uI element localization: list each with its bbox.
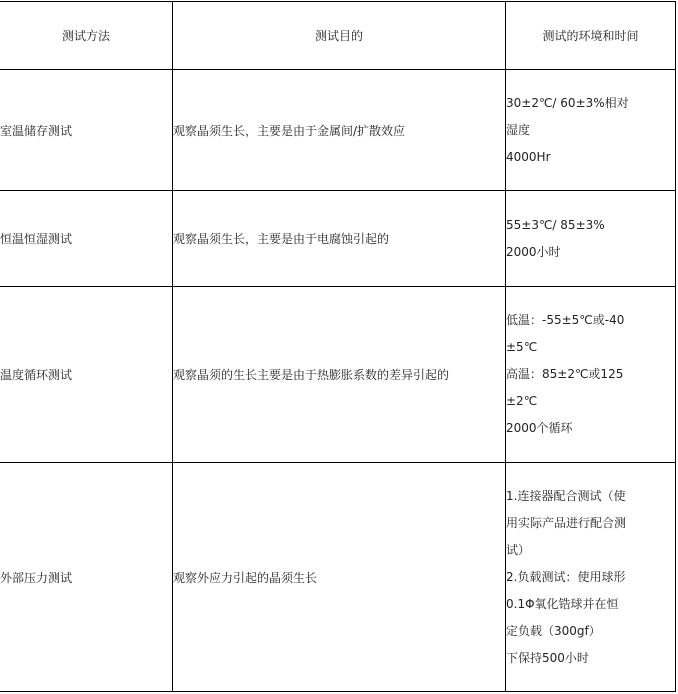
cell-method: 室温储存测试 <box>0 70 173 191</box>
table-row: 温度循环测试 观察晶须的生长主要是由于热膨胀系数的差异引起的 低温：-55±5℃… <box>0 287 676 463</box>
env-line: ±2℃ <box>506 388 675 415</box>
header-test-environment: 测试的环境和时间 <box>506 2 676 70</box>
env-line: 2000小时 <box>506 239 675 266</box>
env-line: 4000Hr <box>506 144 675 171</box>
table-header-row: 测试方法 测试目的 测试的环境和时间 <box>0 2 676 70</box>
table-row: 外部压力测试 观察外应力引起的晶须生长 1.连接器配合测试（使 用实际产品进行配… <box>0 463 676 692</box>
env-line: 2000个循环 <box>506 415 675 442</box>
env-line: 55±3℃/ 85±3% <box>506 212 675 239</box>
env-line: ±5℃ <box>506 334 675 361</box>
env-line: 试） <box>506 537 675 564</box>
env-line: 下保持500小时 <box>506 645 675 672</box>
cell-method: 外部压力测试 <box>0 463 173 692</box>
env-line: 低温：-55±5℃或-40 <box>506 307 675 334</box>
env-line: 定负载（300gf） <box>506 618 675 645</box>
cell-environment: 1.连接器配合测试（使 用实际产品进行配合测 试） 2.负载测试：使用球形 0.… <box>506 463 676 692</box>
cell-method: 温度循环测试 <box>0 287 173 463</box>
cell-environment: 30±2℃/ 60±3%相对 湿度 4000Hr <box>506 70 676 191</box>
header-test-method: 测试方法 <box>0 2 173 70</box>
cell-purpose: 观察晶须生长，主要是由于电腐蚀引起的 <box>173 191 506 287</box>
cell-method: 恒温恒湿测试 <box>0 191 173 287</box>
env-line: 30±2℃/ 60±3%相对 <box>506 90 675 117</box>
cell-purpose: 观察外应力引起的晶须生长 <box>173 463 506 692</box>
header-test-purpose: 测试目的 <box>173 2 506 70</box>
env-line: 1.连接器配合测试（使 <box>506 483 675 510</box>
table-row: 恒温恒湿测试 观察晶须生长，主要是由于电腐蚀引起的 55±3℃/ 85±3% 2… <box>0 191 676 287</box>
env-line: 高温：85±2℃或125 <box>506 361 675 388</box>
env-line: 用实际产品进行配合测 <box>506 510 675 537</box>
table-row: 室温储存测试 观察晶须生长，主要是由于金属间/扩散效应 30±2℃/ 60±3%… <box>0 70 676 191</box>
env-line: 2.负载测试：使用球形 <box>506 564 675 591</box>
whisker-test-table: 测试方法 测试目的 测试的环境和时间 室温储存测试 观察晶须生长，主要是由于金属… <box>0 1 676 692</box>
cell-environment: 55±3℃/ 85±3% 2000小时 <box>506 191 676 287</box>
cell-purpose: 观察晶须的生长主要是由于热膨胀系数的差异引起的 <box>173 287 506 463</box>
env-line: 湿度 <box>506 117 675 144</box>
env-line: 0.1Φ氧化锆球并在恒 <box>506 591 675 618</box>
cell-environment: 低温：-55±5℃或-40 ±5℃ 高温：85±2℃或125 ±2℃ 2000个… <box>506 287 676 463</box>
cell-purpose: 观察晶须生长，主要是由于金属间/扩散效应 <box>173 70 506 191</box>
